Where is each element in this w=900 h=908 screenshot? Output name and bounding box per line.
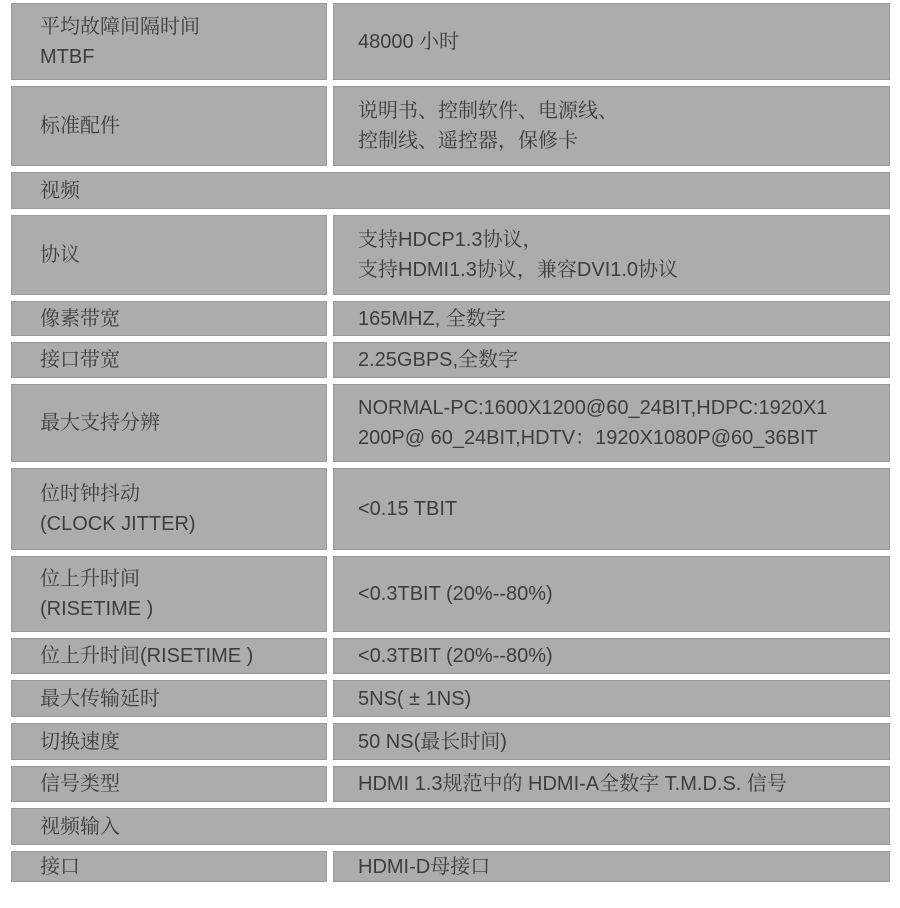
row-value: 50 NS(最长时间) [333, 723, 890, 760]
row-label: 接口带宽 [11, 342, 327, 378]
spec-row: 接口 HDMI-D母接口 [11, 851, 890, 882]
row-label: 协议 [11, 215, 327, 295]
spec-row: 平均故障间隔时间 MTBF 48000 小时 [11, 3, 890, 80]
row-value: 5NS( ± 1NS) [333, 680, 890, 717]
row-label: 切换速度 [11, 723, 327, 760]
row-value: 支持HDCP1.3协议， 支持HDMI1.3协议，兼容DVI1.0协议 [333, 215, 890, 295]
row-label: 信号类型 [11, 766, 327, 802]
row-label: 标准配件 [11, 86, 327, 166]
row-label: 位上升时间 (RISETIME ) [11, 556, 327, 632]
spec-row: 切换速度 50 NS(最长时间) [11, 723, 890, 760]
spec-row: 信号类型 HDMI 1.3规范中的 HDMI-A全数字 T.M.D.S. 信号 [11, 766, 890, 802]
row-value: HDMI-D母接口 [333, 851, 890, 882]
spec-row: 最大支持分辨 NORMAL-PC:1600X1200@60_24BIT,HDPC… [11, 384, 890, 462]
spec-row: 接口带宽 2.25GBPS,全数字 [11, 342, 890, 378]
row-value: <0.3TBIT (20%--80%) [333, 556, 890, 632]
spec-row: 位上升时间 (RISETIME ) <0.3TBIT (20%--80%) [11, 556, 890, 632]
row-label: 像素带宽 [11, 301, 327, 336]
spec-row: 协议 支持HDCP1.3协议， 支持HDMI1.3协议，兼容DVI1.0协议 [11, 215, 890, 295]
row-label: 位时钟抖动 (CLOCK JITTER) [11, 468, 327, 550]
row-label: 平均故障间隔时间 MTBF [11, 3, 327, 80]
section-header: 视频输入 [11, 808, 890, 845]
row-value: 165MHZ, 全数字 [333, 301, 890, 336]
section-header: 视频 [11, 172, 890, 209]
row-value: 说明书、控制软件、电源线、 控制线、遥控器，保修卡 [333, 86, 890, 166]
spec-row: 像素带宽 165MHZ, 全数字 [11, 301, 890, 336]
spec-row: 位上升时间(RISETIME ) <0.3TBIT (20%--80%) [11, 638, 890, 674]
row-label: 接口 [11, 851, 327, 882]
row-value: <0.3TBIT (20%--80%) [333, 638, 890, 674]
row-label: 最大传输延时 [11, 680, 327, 717]
row-value: <0.15 TBIT [333, 468, 890, 550]
spec-table: 平均故障间隔时间 MTBF 48000 小时 标准配件 说明书、控制软件、电源线… [0, 0, 900, 882]
section-row: 视频 [11, 172, 890, 209]
row-value: NORMAL-PC:1600X1200@60_24BIT,HDPC:1920X1… [333, 384, 890, 462]
row-label: 位上升时间(RISETIME ) [11, 638, 327, 674]
section-row: 视频输入 [11, 808, 890, 845]
spec-row: 最大传输延时 5NS( ± 1NS) [11, 680, 890, 717]
row-value: 2.25GBPS,全数字 [333, 342, 890, 378]
row-label: 最大支持分辨 [11, 384, 327, 462]
spec-row: 标准配件 说明书、控制软件、电源线、 控制线、遥控器，保修卡 [11, 86, 890, 166]
spec-row: 位时钟抖动 (CLOCK JITTER) <0.15 TBIT [11, 468, 890, 550]
row-value: HDMI 1.3规范中的 HDMI-A全数字 T.M.D.S. 信号 [333, 766, 890, 802]
row-value: 48000 小时 [333, 3, 890, 80]
